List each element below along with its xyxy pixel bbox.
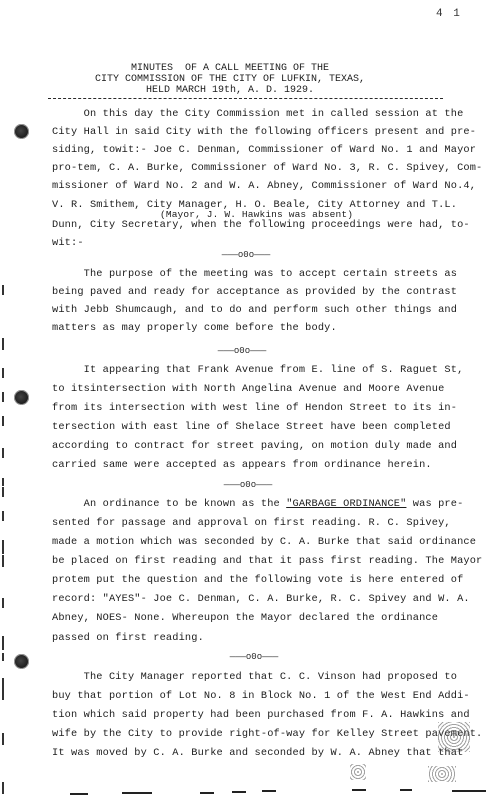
scan-noise <box>350 764 366 780</box>
margin-mark <box>2 555 4 567</box>
text-line: Dunn, City Secretary, when the following… <box>52 219 470 231</box>
text-line: siding, towit:- Joe C. Denman, Commissio… <box>52 144 476 156</box>
punch-hole-icon <box>14 390 29 405</box>
bottom-rule <box>352 789 366 791</box>
punch-hole-icon <box>14 654 29 669</box>
heading-line-1: MINUTES OF A CALL MEETING OF THE <box>0 64 460 74</box>
bottom-rule <box>122 792 152 794</box>
margin-mark <box>2 511 4 521</box>
text-line: City Hall in said City with the followin… <box>52 126 476 138</box>
section-separator: ———o0o——— <box>204 652 304 662</box>
heading-line-2: CITY COMMISSION OF THE CITY OF LUFKIN, T… <box>0 75 460 85</box>
text-line: according to contract for street paving,… <box>52 440 457 452</box>
bottom-rule <box>70 793 88 795</box>
margin-mark <box>2 448 4 458</box>
scan-noise <box>438 722 470 752</box>
margin-mark <box>2 598 4 608</box>
section-separator: ———o0o——— <box>196 250 296 260</box>
text-line: sented for passage and approval on first… <box>52 517 451 529</box>
ordinance-title: "GARBAGE ORDINANCE" <box>286 498 406 510</box>
text-line: It was moved by C. A. Burke and seconded… <box>52 747 463 759</box>
bottom-rule <box>262 790 276 792</box>
heading-line-3: HELD MARCH 19th, A. D. 1929. <box>0 86 460 96</box>
text-line: wife by the City to provide right-of-way… <box>52 728 482 740</box>
text-line: It appearing that Frank Avenue from E. l… <box>52 364 463 376</box>
text-line: An ordinance to be known as the "GARBAGE… <box>52 498 463 510</box>
punch-hole-icon <box>14 124 29 139</box>
document-page: 4 1 MINUTES OF A CALL MEETING OF THE CIT… <box>0 0 488 800</box>
text-line: The City Manager reported that C. C. Vin… <box>52 671 457 683</box>
text-line: matters as may properly come before the … <box>52 322 337 334</box>
bottom-rule <box>400 789 412 791</box>
section-separator: ———o0o——— <box>198 480 298 490</box>
margin-mark <box>2 368 4 378</box>
text-line: wit:- <box>52 237 84 249</box>
text-line: being paved and ready for acceptance as … <box>52 286 457 298</box>
scan-noise <box>428 766 456 782</box>
margin-mark <box>2 733 4 745</box>
margin-mark <box>2 392 4 402</box>
text-line: be placed on first reading and that it p… <box>52 555 482 567</box>
bottom-rule <box>200 792 214 794</box>
bottom-rule <box>452 790 486 792</box>
text-line: buy that portion of Lot No. 8 in Block N… <box>52 690 470 702</box>
text-line: made a motion which was seconded by C. A… <box>52 536 476 548</box>
text-line: Abney, NOES- None. Whereupon the Mayor d… <box>52 612 438 624</box>
margin-mark <box>2 653 4 661</box>
margin-mark <box>2 540 4 554</box>
margin-mark <box>2 782 4 794</box>
section-separator: ———o0o——— <box>192 346 292 356</box>
text-line: tion which said property had been purcha… <box>52 709 470 721</box>
text-line: from its intersection with west line of … <box>52 402 457 414</box>
margin-mark <box>2 416 4 426</box>
margin-mark <box>2 285 4 295</box>
text-line: record: "AYES"- Joe C. Denman, C. A. Bur… <box>52 593 470 605</box>
text-line: pro-tem, C. A. Burke, Commissioner of Wa… <box>52 162 482 174</box>
text-line: missioner of Ward No. 2 and W. A. Abney,… <box>52 180 476 192</box>
margin-mark <box>2 678 4 700</box>
dashed-divider <box>48 98 443 99</box>
text-line: tersection with east line of Shelace Str… <box>52 421 451 433</box>
text-line: carried same were accepted as appears fr… <box>52 459 432 471</box>
page-number: 4 1 <box>436 8 462 20</box>
text-line: On this day the City Commission met in c… <box>52 108 463 120</box>
margin-mark <box>2 487 4 497</box>
text-segment: was pre- <box>406 498 463 510</box>
margin-mark <box>2 636 4 650</box>
text-line: protem put the question and the followin… <box>52 574 463 586</box>
text-line: The purpose of the meeting was to accept… <box>52 268 457 280</box>
text-segment: An ordinance to be known as the <box>52 498 286 510</box>
text-line: with Jebb Shumcaugh, and to do and perfo… <box>52 304 457 316</box>
text-line: passed on first reading. <box>52 632 204 644</box>
margin-mark <box>2 478 4 486</box>
text-line: to itsintersection with North Angelina A… <box>52 383 444 395</box>
margin-mark <box>2 338 4 350</box>
bottom-rule <box>232 791 246 793</box>
